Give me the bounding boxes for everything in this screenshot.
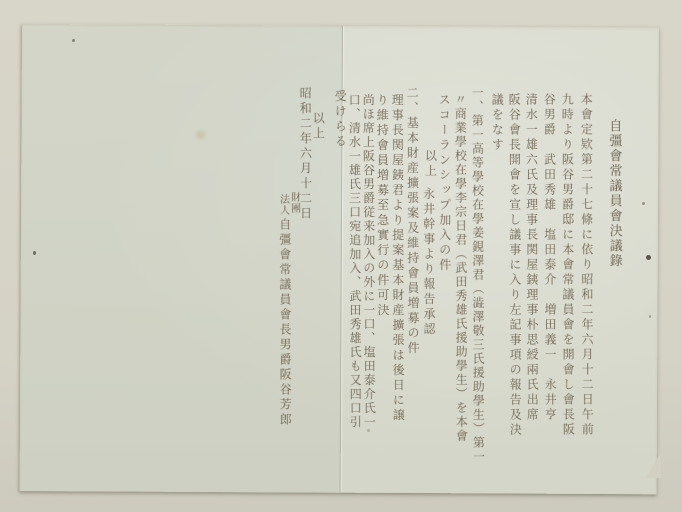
item-one-ijou: 以上 (422, 149, 439, 179)
paper-speck (33, 251, 36, 255)
item-two-column-1: 理事長関屋銕君より提案基本財産擴張は後日に譲 (389, 93, 407, 423)
attendees-column-2: 清水一雄六氏及理事長関屋銕理事朴思綬兩氏出席 (523, 93, 541, 423)
signature-column: 自彊會常議員會長男爵阪谷芳郎 (277, 218, 295, 428)
paper-speck (72, 39, 75, 42)
item-one-column-2: 〃商業學校在學李宗日君（武田秀雄氏援助學生）を本會 (452, 93, 470, 443)
paper-speck (646, 255, 651, 260)
document-title: 自彊會常議員會決議錄 (604, 119, 624, 269)
item-one-column-3: スコーランシップ加入の件 (436, 93, 454, 273)
item-two-column-5: 受けらる (332, 90, 349, 150)
body-column-4: 議をなす (489, 93, 506, 153)
foxing-stain (196, 131, 205, 139)
attendees-column-1: 谷男爵 武田秀雄 塩田泰介 増田義一 永井亨 (541, 93, 559, 423)
body-column-2: 九時より阪谷男爵邸に本會常議員會を開會し會長阪 (559, 93, 577, 438)
handwritten-text-layer: 自彊會常議員會決議錄 本會定欵第二十七條に依り昭和二年六月十二日午前 九時より阪… (20, 25, 659, 494)
paper-speck (642, 202, 645, 205)
paper-speck (649, 315, 651, 318)
item-one-column-1: 一、第一高等學校在學姜鋧澤君（澁澤敬三氏援助學生）第一 (469, 86, 487, 464)
report-approval-line: 永井幹事より報告承認 (421, 187, 439, 337)
body-column-3: 阪谷會長開會を宣し議事に入り左記事項の報告及決 (506, 93, 524, 438)
paper-speck (367, 429, 370, 432)
body-column-1: 本會定欵第二十七條に依り昭和二年六月十二日午前 (578, 93, 596, 438)
document-paper: 自彊會常議員會決議錄 本會定欵第二十七條に依り昭和二年六月十二日午前 九時より阪… (20, 24, 659, 494)
corporate-prefix-hojin: 法人 (276, 194, 291, 216)
